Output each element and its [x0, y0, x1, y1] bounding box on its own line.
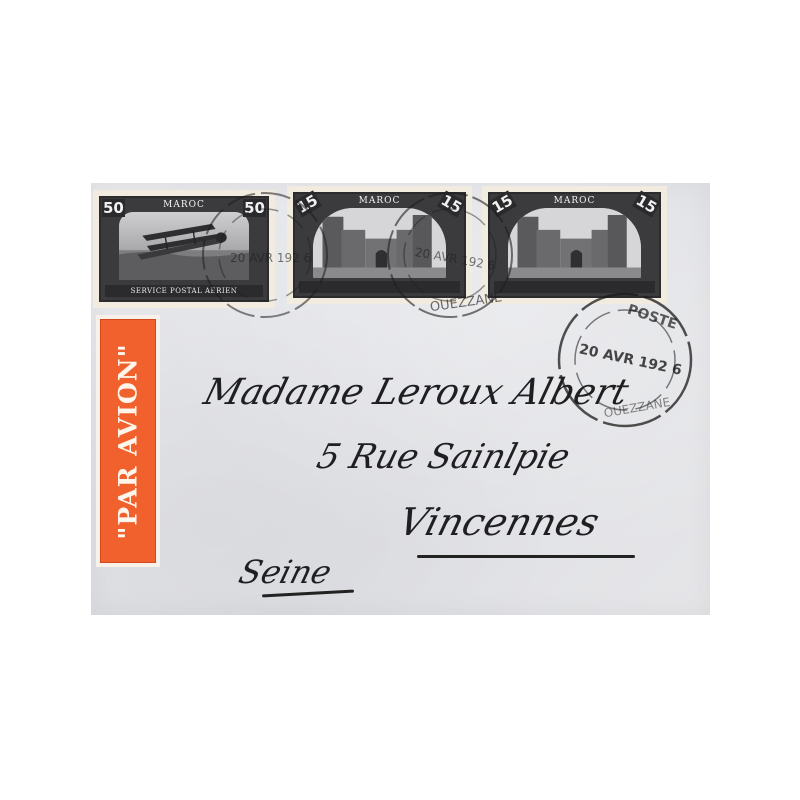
postmark-cancellation: 20 AVR 192 6 [190, 180, 340, 330]
postmark-date: 20 AVR 192 6 [414, 245, 496, 273]
address-line-city: Vincennes [394, 500, 604, 544]
address-line-street: 5 Rue Sainlpie [313, 437, 575, 477]
stamp-value-right: 15 [632, 190, 661, 217]
postmark-header: POSTE [625, 302, 679, 333]
address-line-department: Seine [235, 553, 336, 591]
par-avion-label-background: "PAR AVION" [100, 319, 156, 563]
fortress-gate-icon [508, 208, 641, 278]
address-line-recipient: Madame Leroux Albert [200, 372, 633, 413]
postmark-date: 20 AVR 192 6 [230, 251, 311, 265]
par-avion-label: "PAR AVION" [96, 315, 160, 567]
city-underline [417, 555, 635, 558]
stamp-value-left: 50 [102, 199, 125, 217]
postmark-town: OUEZZANE [429, 290, 503, 315]
par-avion-text: "PAR AVION" [114, 343, 143, 539]
stamp-scene-gate [508, 208, 641, 278]
postmark-cancellation: 20 AVR 192 6 OUEZZANE [375, 180, 525, 330]
